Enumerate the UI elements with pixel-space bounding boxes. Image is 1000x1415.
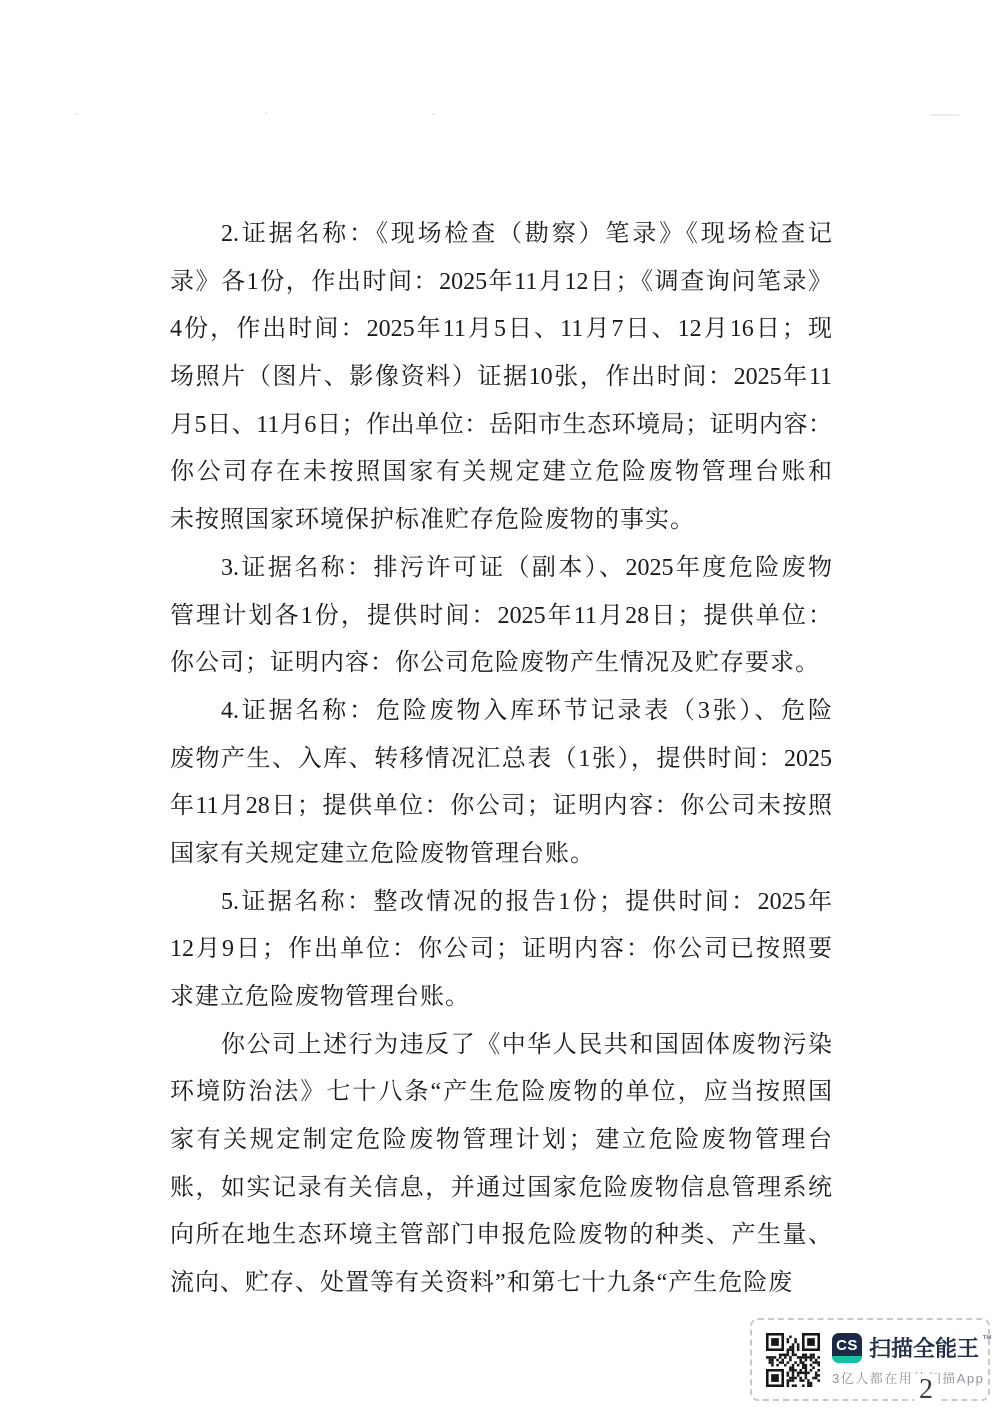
paragraph: 你公司上述行为违反了《中华人民共和国固体废物污染环境防治法》七十八条“产生危险废… [170,1022,832,1308]
text-line: 12月9日；作出单位：你公司；证明内容：你公司已按照要 [170,926,832,974]
text-line: 4.证据名称：危险废物入库环节记录表（3张）、危险 [170,688,832,736]
text-line: 流向、贮存、处置等有关资料”和第七十九条“产生危险废 [170,1260,832,1308]
text-line: 未按照国家环境保护标准贮存危险废物的事实。 [170,497,832,545]
paragraph: 5.证据名称：整改情况的报告1份；提供时间：2025年12月9日；作出单位：你公… [170,879,832,1022]
camscanner-logo-strip [832,1356,862,1363]
text-line: 管理计划各1份，提供时间：2025年11月28日；提供单位： [170,593,832,641]
text-line: 年11月28日；提供单位：你公司；证明内容：你公司未按照 [170,783,832,831]
document-body: 2.证据名称：《现场检查（勘察）笔录》《现场检查记录》各1份，作出时间：2025… [170,211,832,1308]
paragraph: 4.证据名称：危险废物入库环节记录表（3张）、危险废物产生、入库、转移情况汇总表… [170,688,832,879]
text-line: 3.证据名称：排污许可证（副本）、2025年度危险废物 [170,545,832,593]
text-line: 你公司存在未按照国家有关规定建立危险废物管理台账和 [170,449,832,497]
text-line: 账，如实记录有关信息，并通过国家危险废物信息管理系统 [170,1165,832,1213]
text-line: 环境防治法》七十八条“产生危险废物的单位，应当按照国 [170,1069,832,1117]
text-line: 月5日、11月6日；作出单位：岳阳市生态环境局；证明内容： [170,402,832,450]
scan-artifact [265,112,268,114]
qr-code-icon [766,1333,820,1387]
paragraph: 2.证据名称：《现场检查（勘察）笔录》《现场检查记录》各1份，作出时间：2025… [170,211,832,545]
watermark-text-block: CS 扫描全能王 ™ 3亿人都在用的扫描App [832,1332,980,1387]
text-line: 求建立危险废物管理台账。 [170,974,832,1022]
page-number: 2 [914,1374,938,1406]
watermark-brand-row: CS 扫描全能王 ™ [832,1332,980,1363]
text-line: 4份，作出时间：2025年11月5日、11月7日、12月16日；现 [170,306,832,354]
text-line: 5.证据名称：整改情况的报告1份；提供时间：2025年 [170,879,832,927]
camscanner-logo-letters: CS [836,1337,858,1354]
watermark-brand-name: 扫描全能王 [869,1332,979,1363]
text-line: 你公司；证明内容：你公司危险废物产生情况及贮存要求。 [170,640,832,688]
text-line: 家有关规定制定危险废物管理计划；建立危险废物管理台 [170,1117,832,1165]
camscanner-logo-icon: CS [832,1333,862,1363]
text-line: 向所在地生态环境主管部门申报危险废物的种类、产生量、 [170,1212,832,1260]
text-line: 你公司上述行为违反了《中华人民共和国固体废物污染 [170,1022,832,1070]
scan-artifact [432,113,436,115]
scanned-document-page: 2.证据名称：《现场检查（勘察）笔录》《现场检查记录》各1份，作出时间：2025… [0,0,1000,1415]
text-line: 国家有关规定建立危险废物管理台账。 [170,831,832,879]
camscanner-watermark: CS 扫描全能王 ™ 3亿人都在用的扫描App [750,1318,990,1401]
text-line: 录》各1份，作出时间：2025年11月12日；《调查询问笔录》 [170,259,832,307]
text-line: 2.证据名称：《现场检查（勘察）笔录》《现场检查记 [170,211,832,259]
trademark-symbol: ™ [982,1334,992,1345]
paragraph: 3.证据名称：排污许可证（副本）、2025年度危险废物管理计划各1份，提供时间：… [170,545,832,688]
scan-artifact [75,113,79,115]
text-line: 场照片（图片、影像资料）证据10张，作出时间：2025年11 [170,354,832,402]
scan-artifact [930,114,960,116]
watermark-tagline: 3亿人都在用的扫描App [832,1368,980,1387]
text-line: 废物产生、入库、转移情况汇总表（1张），提供时间：2025 [170,736,832,784]
